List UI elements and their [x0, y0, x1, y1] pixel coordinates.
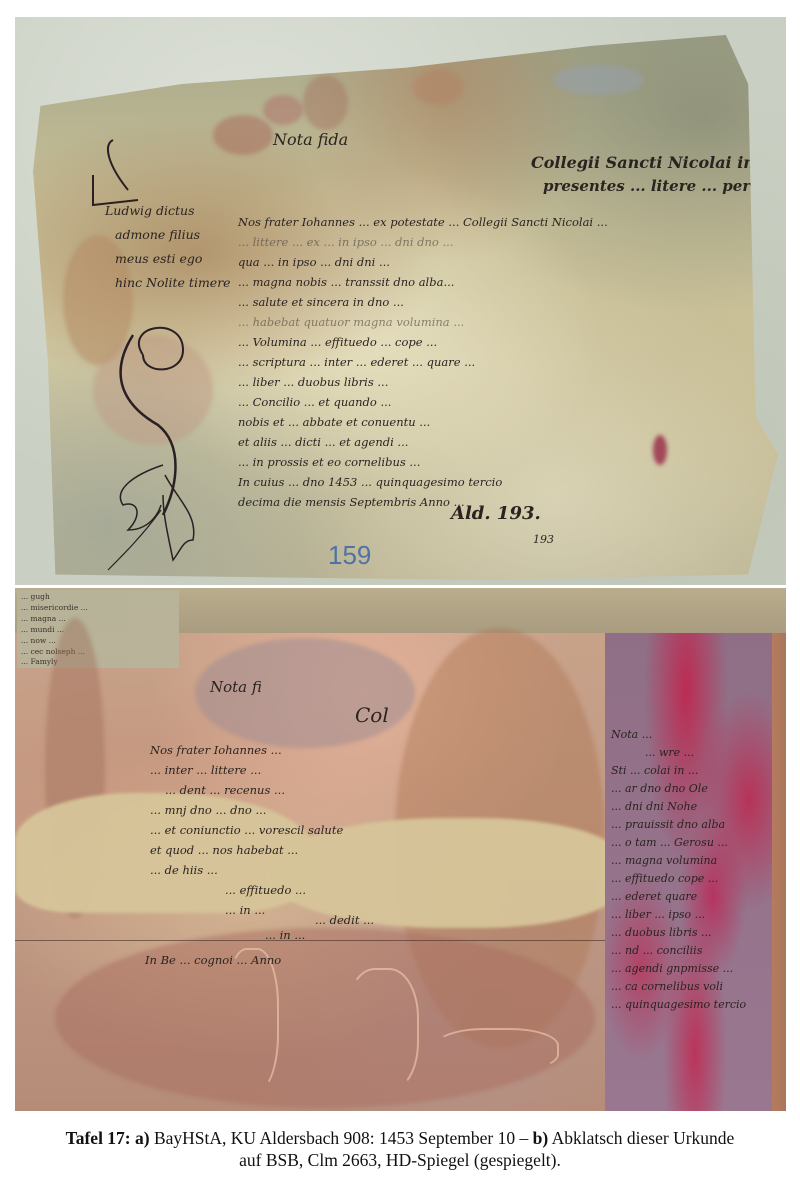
- fragment-line: ... misericordie ...: [21, 603, 88, 612]
- caption-line-2: auf BSB, Clm 2663, HD-Spiegel (gespiegel…: [0, 1149, 800, 1171]
- body-line: ... salute et sincera in dno ...: [238, 295, 404, 309]
- body-line: ... de hiis ...: [150, 863, 218, 877]
- body-line: ... inter ... littere ...: [150, 763, 261, 777]
- mirrored-heading: Nota fi: [210, 678, 262, 696]
- stain: [553, 65, 643, 95]
- margin-line: hinc Nolite timere: [115, 275, 231, 290]
- plate-b-photo: ... gugh ... misericordie ... ... magna …: [15, 588, 786, 1111]
- part-b-text: Abklatsch dieser Urkunde: [552, 1128, 735, 1148]
- part-a-marker: a): [135, 1128, 150, 1148]
- fragment-line: ... magna ...: [21, 614, 66, 623]
- fragment-line: ... now ...: [21, 636, 56, 645]
- heading-collegii: Collegii Sancti Nicolai in Ulm...: [531, 153, 786, 172]
- body-line: ... scriptura ... inter ... ederet ... q…: [238, 355, 475, 369]
- worm-trail: [435, 1028, 559, 1072]
- body-line: In Be ... cognoi ... Anno: [145, 953, 281, 967]
- body-line: ... magna nobis ... transsit dno alba...: [238, 275, 454, 289]
- plate-label: Tafel 17:: [66, 1128, 131, 1148]
- panel-line: Sti ... colai in ...: [611, 764, 698, 777]
- panel-line: ... dni dni Nohe: [611, 800, 697, 813]
- red-leather-panel: Nota ... ... wre ... Sti ... colai in ..…: [605, 633, 785, 1111]
- plate-a-photo: Nota fida Collegii Sancti Nicolai in Ulm…: [15, 17, 786, 585]
- body-line: In cuius ... dno 1453 ... quinquagesimo …: [238, 475, 502, 489]
- acanthus-flourish-icon: [103, 315, 213, 575]
- body-line: et quod ... nos habebat ...: [150, 843, 298, 857]
- worm-trail: [345, 968, 419, 1092]
- mirrored-coll: Col: [355, 703, 389, 727]
- panel-line: Nota ...: [611, 728, 652, 741]
- stain: [213, 115, 273, 155]
- margin-line: meus esti ego: [115, 251, 202, 266]
- body-line: ... et coniunctio ... vorescil salute: [150, 823, 343, 837]
- part-b-marker: b): [533, 1128, 549, 1148]
- panel-line: ... duobus libris ...: [611, 926, 712, 939]
- panel-line: ... ar dno dno Ole: [611, 782, 708, 795]
- heading-presentes: presentes ... litere ... peruenit ad p..…: [543, 177, 786, 195]
- body-line: ... dent ... recenus ...: [165, 783, 285, 797]
- panel-line: ... ederet quare: [611, 890, 697, 903]
- panel-line: ... ca cornelibus voli: [611, 980, 723, 993]
- body-line: ... littere ... ex ... in ipso ... dni d…: [238, 235, 453, 249]
- body-line: ... in ...: [265, 928, 305, 942]
- panel-line: ... magna volumina: [611, 854, 717, 867]
- red-mark: [653, 435, 667, 465]
- panel-line: ... quinquagesimo tercio: [611, 998, 746, 1011]
- fragment-line: ... mundi ...: [21, 625, 64, 634]
- panel-line: ... liber ... ipso ...: [611, 908, 705, 921]
- panel-line: ... wre ...: [645, 746, 694, 759]
- body-line: ... habebat quatuor magna volumina ...: [238, 315, 464, 329]
- panel-line: ... effituedo cope ...: [611, 872, 718, 885]
- ruled-line: [15, 940, 615, 941]
- figure-caption: Tafel 17: a) BayHStA, KU Aldersbach 908:…: [0, 1127, 800, 1171]
- body-line: Nos frater Iohannes ... ex potestate ...…: [238, 215, 608, 229]
- stain: [303, 75, 348, 130]
- panel-line: ... nd ... conciliis: [611, 944, 702, 957]
- body-line: ... Concilio ... et quando ...: [238, 395, 391, 409]
- manuscript-fragment: ... gugh ... misericordie ... ... magna …: [17, 590, 179, 668]
- fragment-line: ... gugh: [21, 592, 50, 601]
- body-line: ... in prossis et eo cornelibus ...: [238, 455, 420, 469]
- body-line: decima die mensis Septembris Anno ...: [238, 495, 465, 509]
- stain: [413, 70, 463, 105]
- stain: [55, 928, 595, 1108]
- margin-line: admone filius: [115, 227, 200, 242]
- body-line: qua ... in ipso ... dni dni ...: [238, 255, 390, 269]
- body-line: et aliis ... dicti ... et agendi ...: [238, 435, 408, 449]
- part-a-text: BayHStA, KU Aldersbach 908: 1453 Septemb…: [154, 1128, 528, 1148]
- body-line: ... dedit ...: [315, 913, 374, 927]
- body-line: ... liber ... duobus libris ...: [238, 375, 388, 389]
- body-line: ... effituedo ...: [225, 883, 306, 897]
- panel-line: ... prauissit dno alba: [611, 818, 725, 831]
- body-line: ... Volumina ... effituedo ... cope ...: [238, 335, 437, 349]
- body-line: nobis et ... abbate et conuentu ...: [238, 415, 430, 429]
- board-edge: [772, 633, 786, 1111]
- heading-nota-fida: Nota fida: [273, 130, 348, 149]
- body-line: ... mnj dno ... dno ...: [150, 803, 266, 817]
- body-line: Nos frater Iohannes ...: [150, 743, 282, 757]
- initial-letter-icon: [83, 135, 143, 215]
- worm-trail: [225, 948, 279, 1092]
- blue-crayon-number: 159: [328, 540, 371, 571]
- body-line: ... in ...: [225, 903, 265, 917]
- shelfmark-pencil: 193: [533, 533, 554, 546]
- panel-line: ... agendi gnpmisse ...: [611, 962, 733, 975]
- charter-parchment: Nota fida Collegii Sancti Nicolai in Ulm…: [33, 35, 778, 580]
- caption-line-1: Tafel 17: a) BayHStA, KU Aldersbach 908:…: [0, 1127, 800, 1149]
- shelfmark-ink: Ald. 193.: [451, 503, 541, 524]
- stain: [263, 95, 303, 125]
- panel-line: ... o tam ... Gerosu ...: [611, 836, 728, 849]
